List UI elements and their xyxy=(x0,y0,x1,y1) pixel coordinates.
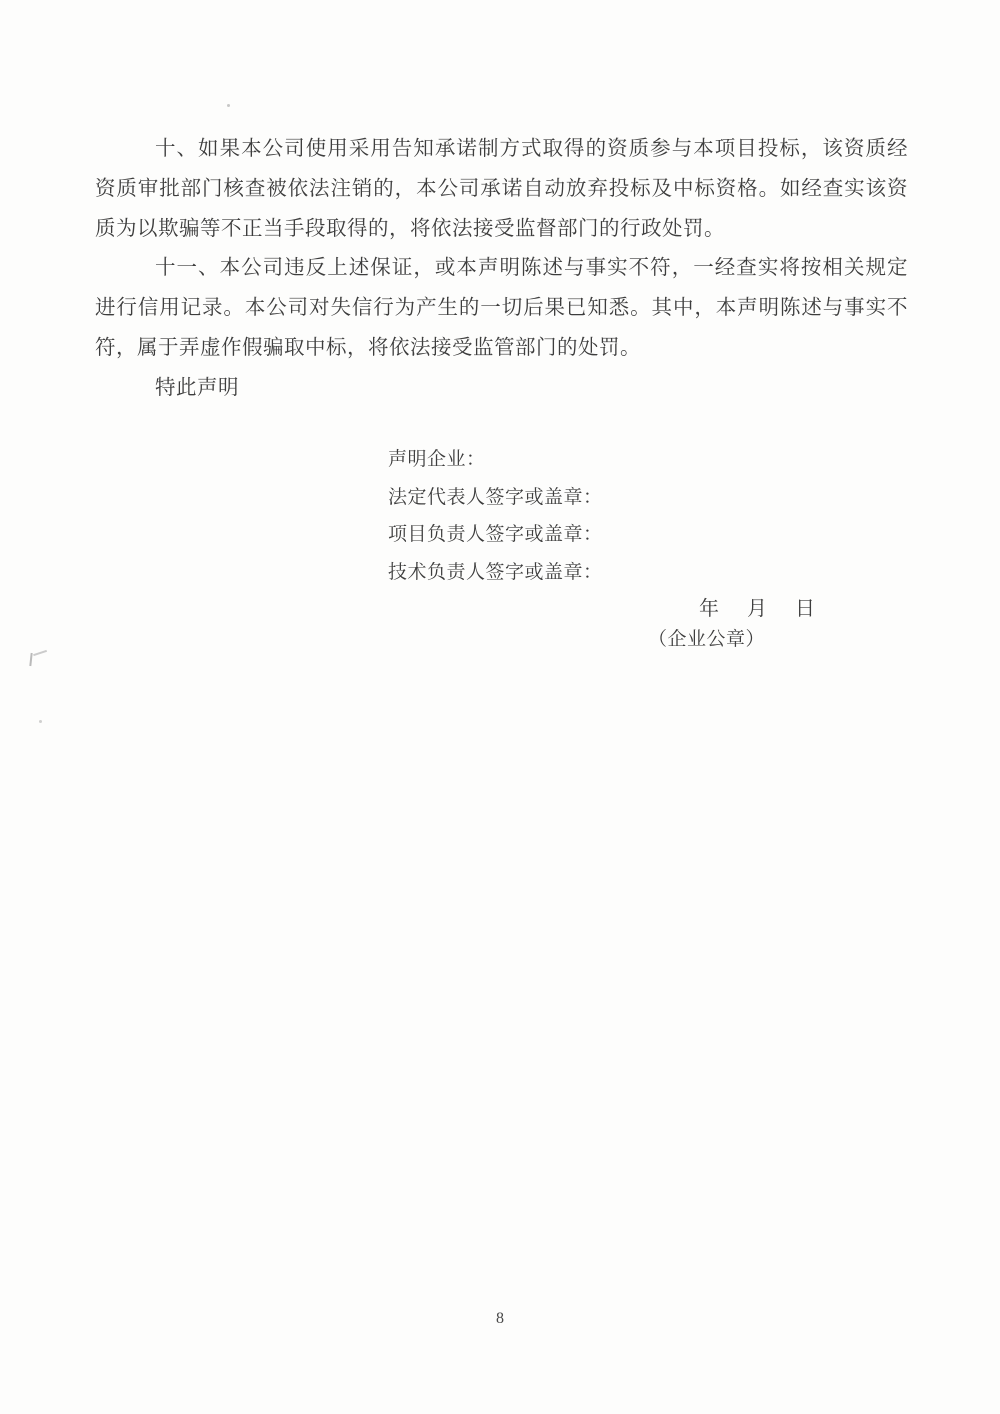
scan-speck xyxy=(227,104,230,107)
date-line: 年 月 日 xyxy=(699,592,819,621)
signature-line-technical-manager: 技术负责人签字或盖章： xyxy=(388,554,603,592)
paragraph-clause-11: 十一、本公司违反上述保证，或本声明陈述与事实不符，一经查实将按相关规定进行信用记… xyxy=(95,249,908,368)
page-number: 8 xyxy=(0,1310,1000,1328)
signature-line-project-manager: 项目负责人签字或盖章： xyxy=(388,516,603,554)
scan-pencil-mark xyxy=(27,648,49,668)
scan-pencil-mark-stroke xyxy=(33,650,47,656)
closing-statement: 特此声明 xyxy=(95,369,908,409)
signature-line-legal-representative: 法定代表人签字或盖章： xyxy=(388,479,603,517)
signature-line-declaring-company: 声明企业： xyxy=(388,441,603,479)
company-seal-note: （企业公章） xyxy=(648,624,765,651)
signature-block: 声明企业： 法定代表人签字或盖章： 项目负责人签字或盖章： 技术负责人签字或盖章… xyxy=(388,441,603,591)
scan-pencil-mark-stroke xyxy=(29,653,32,666)
document-page: 十、如果本公司使用采用告知承诺制方式取得的资质参与本项目投标，该资质经资质审批部… xyxy=(0,0,1000,1414)
document-body: 十、如果本公司使用采用告知承诺制方式取得的资质参与本项目投标，该资质经资质审批部… xyxy=(95,130,908,409)
scan-speck xyxy=(39,720,42,723)
paragraph-clause-10: 十、如果本公司使用采用告知承诺制方式取得的资质参与本项目投标，该资质经资质审批部… xyxy=(95,130,908,249)
